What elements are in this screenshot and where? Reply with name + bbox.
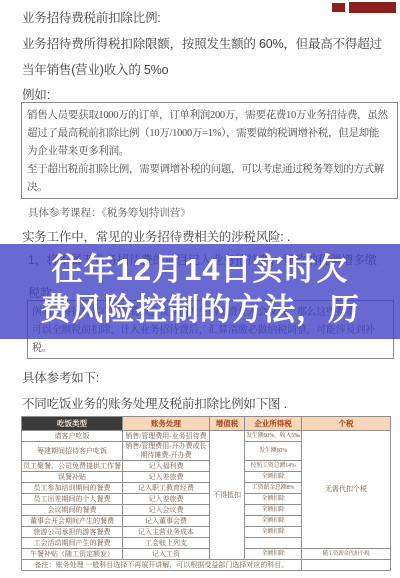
example-box-line: 决。 bbox=[27, 179, 393, 197]
cell-note-empty bbox=[302, 560, 391, 571]
example-box-line: 至于超出税前扣除比例，需要调增补税的问题，可以考虑通过税务筹划的方式解 bbox=[27, 161, 393, 179]
cell-cit: 发生额60%、收入5‰ bbox=[245, 431, 302, 442]
cell-type: 会议期间的餐费 bbox=[22, 505, 123, 516]
risk-example-line: 税。 bbox=[32, 340, 391, 358]
revenue-limit-text: 当年销售(营业)收入的 5%o bbox=[22, 60, 168, 78]
overlay-title-line1: 往年12月14日实时欠 bbox=[0, 250, 400, 290]
cell-treatment: 记入董事会费 bbox=[123, 516, 210, 527]
cell-treatment: 销售/管理费用-业务招待费 bbox=[123, 431, 210, 442]
deduction-limit-text: 业务招待费所得税扣除限额，按照发生额的 60%，但最高不得超过 bbox=[22, 34, 382, 52]
course-reference: 具体参考课程：《税务筹划特训营》 bbox=[28, 205, 191, 220]
cell-cit: 全额扣除 bbox=[245, 549, 302, 560]
example-box-line: 销售人员要获取1000万的订单，订单利润200万，需要花费10万业务招待费，虽然 bbox=[27, 107, 393, 125]
cell-type: 旅游公司承担的游客餐费 bbox=[22, 527, 123, 538]
cell-treatment: 记入差旅费 bbox=[123, 494, 210, 505]
cell-cit: 全额扣除 bbox=[245, 472, 302, 483]
cell-treatment: 记入差旅费 bbox=[123, 472, 210, 483]
title-overlay: 往年12月14日实时欠 费风险控制的方法，历 bbox=[0, 244, 400, 339]
cell-treatment: 销售/管理费用-开办费或长期待摊费-开办费 bbox=[123, 442, 210, 461]
table-note-row: 备注：账务处理 一般科目选择不再展开讲解，可以根据受益部门选择对应的科目。 bbox=[22, 560, 391, 571]
cell-type: 员工聚餐、公司免费提供工作餐 bbox=[22, 461, 123, 472]
top-right-mark-small bbox=[332, 3, 345, 12]
header-meal-type: 吃饭类型 bbox=[22, 417, 123, 431]
cell-note: 备注：账务处理 一般科目选择不再展开讲解，可以根据受益部门选择对应的科目。 bbox=[22, 560, 302, 571]
table-row: 午餐补贴（随工资定额发） 记入工资 全额扣除 随工资薪金代扣个税 bbox=[22, 549, 391, 560]
overlay-title-line2: 费风险控制的方法，历 bbox=[0, 290, 400, 330]
table-caption: 不同吃饭业务的账务处理及税前扣除比例如下图 . bbox=[22, 394, 287, 412]
top-right-mark-large bbox=[349, 2, 396, 13]
table-header-row: 吃饭类型 账务处理 增值税 企业所得税 个税 bbox=[22, 417, 391, 431]
cell-vat-merged: 不得抵扣 bbox=[210, 431, 245, 560]
example-box-line: 超过了最高税前扣除比例（10万/1000万=1%），需要做纳税调增补税，但是却能 bbox=[27, 125, 393, 143]
example-box: 销售人员要获取1000万的订单，订单利润200万，需要花费10万业务招待费，虽然… bbox=[21, 102, 398, 199]
cell-pit-merged: 无需代扣个税 bbox=[302, 431, 391, 549]
cell-cit: 工资薪金总额8% bbox=[245, 483, 302, 494]
cell-cit: 全额扣除 bbox=[245, 505, 302, 516]
cell-treatment: 记入职工教育经费 bbox=[123, 483, 210, 494]
document-page: 业务招待费税前扣除比例: 业务招待费所得税扣除限额，按照发生额的 60%，但最高… bbox=[0, 0, 400, 578]
example-box-line: 为企业带来更多利润。 bbox=[27, 143, 393, 161]
reference-note: 具体参考如下: bbox=[22, 368, 99, 386]
cell-type: 董事会开会期间产生的餐费 bbox=[22, 516, 123, 527]
header-accounting: 账务处理 bbox=[123, 417, 210, 431]
cell-treatment: 记入主营业务成本 bbox=[123, 527, 210, 538]
cell-type: 误餐补贴 bbox=[22, 472, 123, 483]
cell-type: 筹建期间招待客户吃饭 bbox=[22, 442, 123, 461]
meal-tax-table: 吃饭类型 账务处理 增值税 企业所得税 个税 请客户吃饭 销售/管理费用-业务招… bbox=[21, 416, 391, 571]
cell-type: 午餐补贴（随工资定额发） bbox=[22, 549, 123, 560]
header-cit: 企业所得税 bbox=[245, 417, 302, 431]
cell-cit: 按照工资总额14% bbox=[245, 461, 302, 472]
cell-type: 员工参加培训期间的餐费 bbox=[22, 483, 123, 494]
risk-intro-text: 实务工作中，常见的业务招待费相关的涉税风险: . bbox=[22, 227, 290, 245]
header-vat: 增值税 bbox=[210, 417, 245, 431]
cell-type: 工会活动期间产生的餐费 bbox=[22, 538, 123, 549]
cell-treatment: 记入福利费 bbox=[123, 461, 210, 472]
cell-cit bbox=[245, 538, 302, 549]
cell-cit: 全额扣除 bbox=[245, 527, 302, 538]
cell-type: 请客户吃饭 bbox=[22, 431, 123, 442]
cell-treatment: 记入工资 bbox=[123, 549, 210, 560]
cell-pit-lunch: 随工资薪金代扣个税 bbox=[302, 549, 391, 560]
cell-cit: 全额扣除 bbox=[245, 494, 302, 505]
deduction-ratio-heading: 业务招待费税前扣除比例: bbox=[22, 8, 161, 26]
header-pit: 个税 bbox=[302, 417, 391, 431]
example-label: 例如: bbox=[22, 85, 50, 103]
cell-cit: 发生额60% bbox=[245, 442, 302, 461]
table-row: 请客户吃饭 销售/管理费用-业务招待费 不得抵扣 发生额60%、收入5‰ 无需代… bbox=[22, 431, 391, 442]
cell-cit: 全额扣除 bbox=[245, 516, 302, 527]
cell-treatment: 工会账上列支 bbox=[123, 538, 210, 549]
cell-type: 员工出差期间的个人餐费 bbox=[22, 494, 123, 505]
cell-treatment: 记入会议费 bbox=[123, 505, 210, 516]
